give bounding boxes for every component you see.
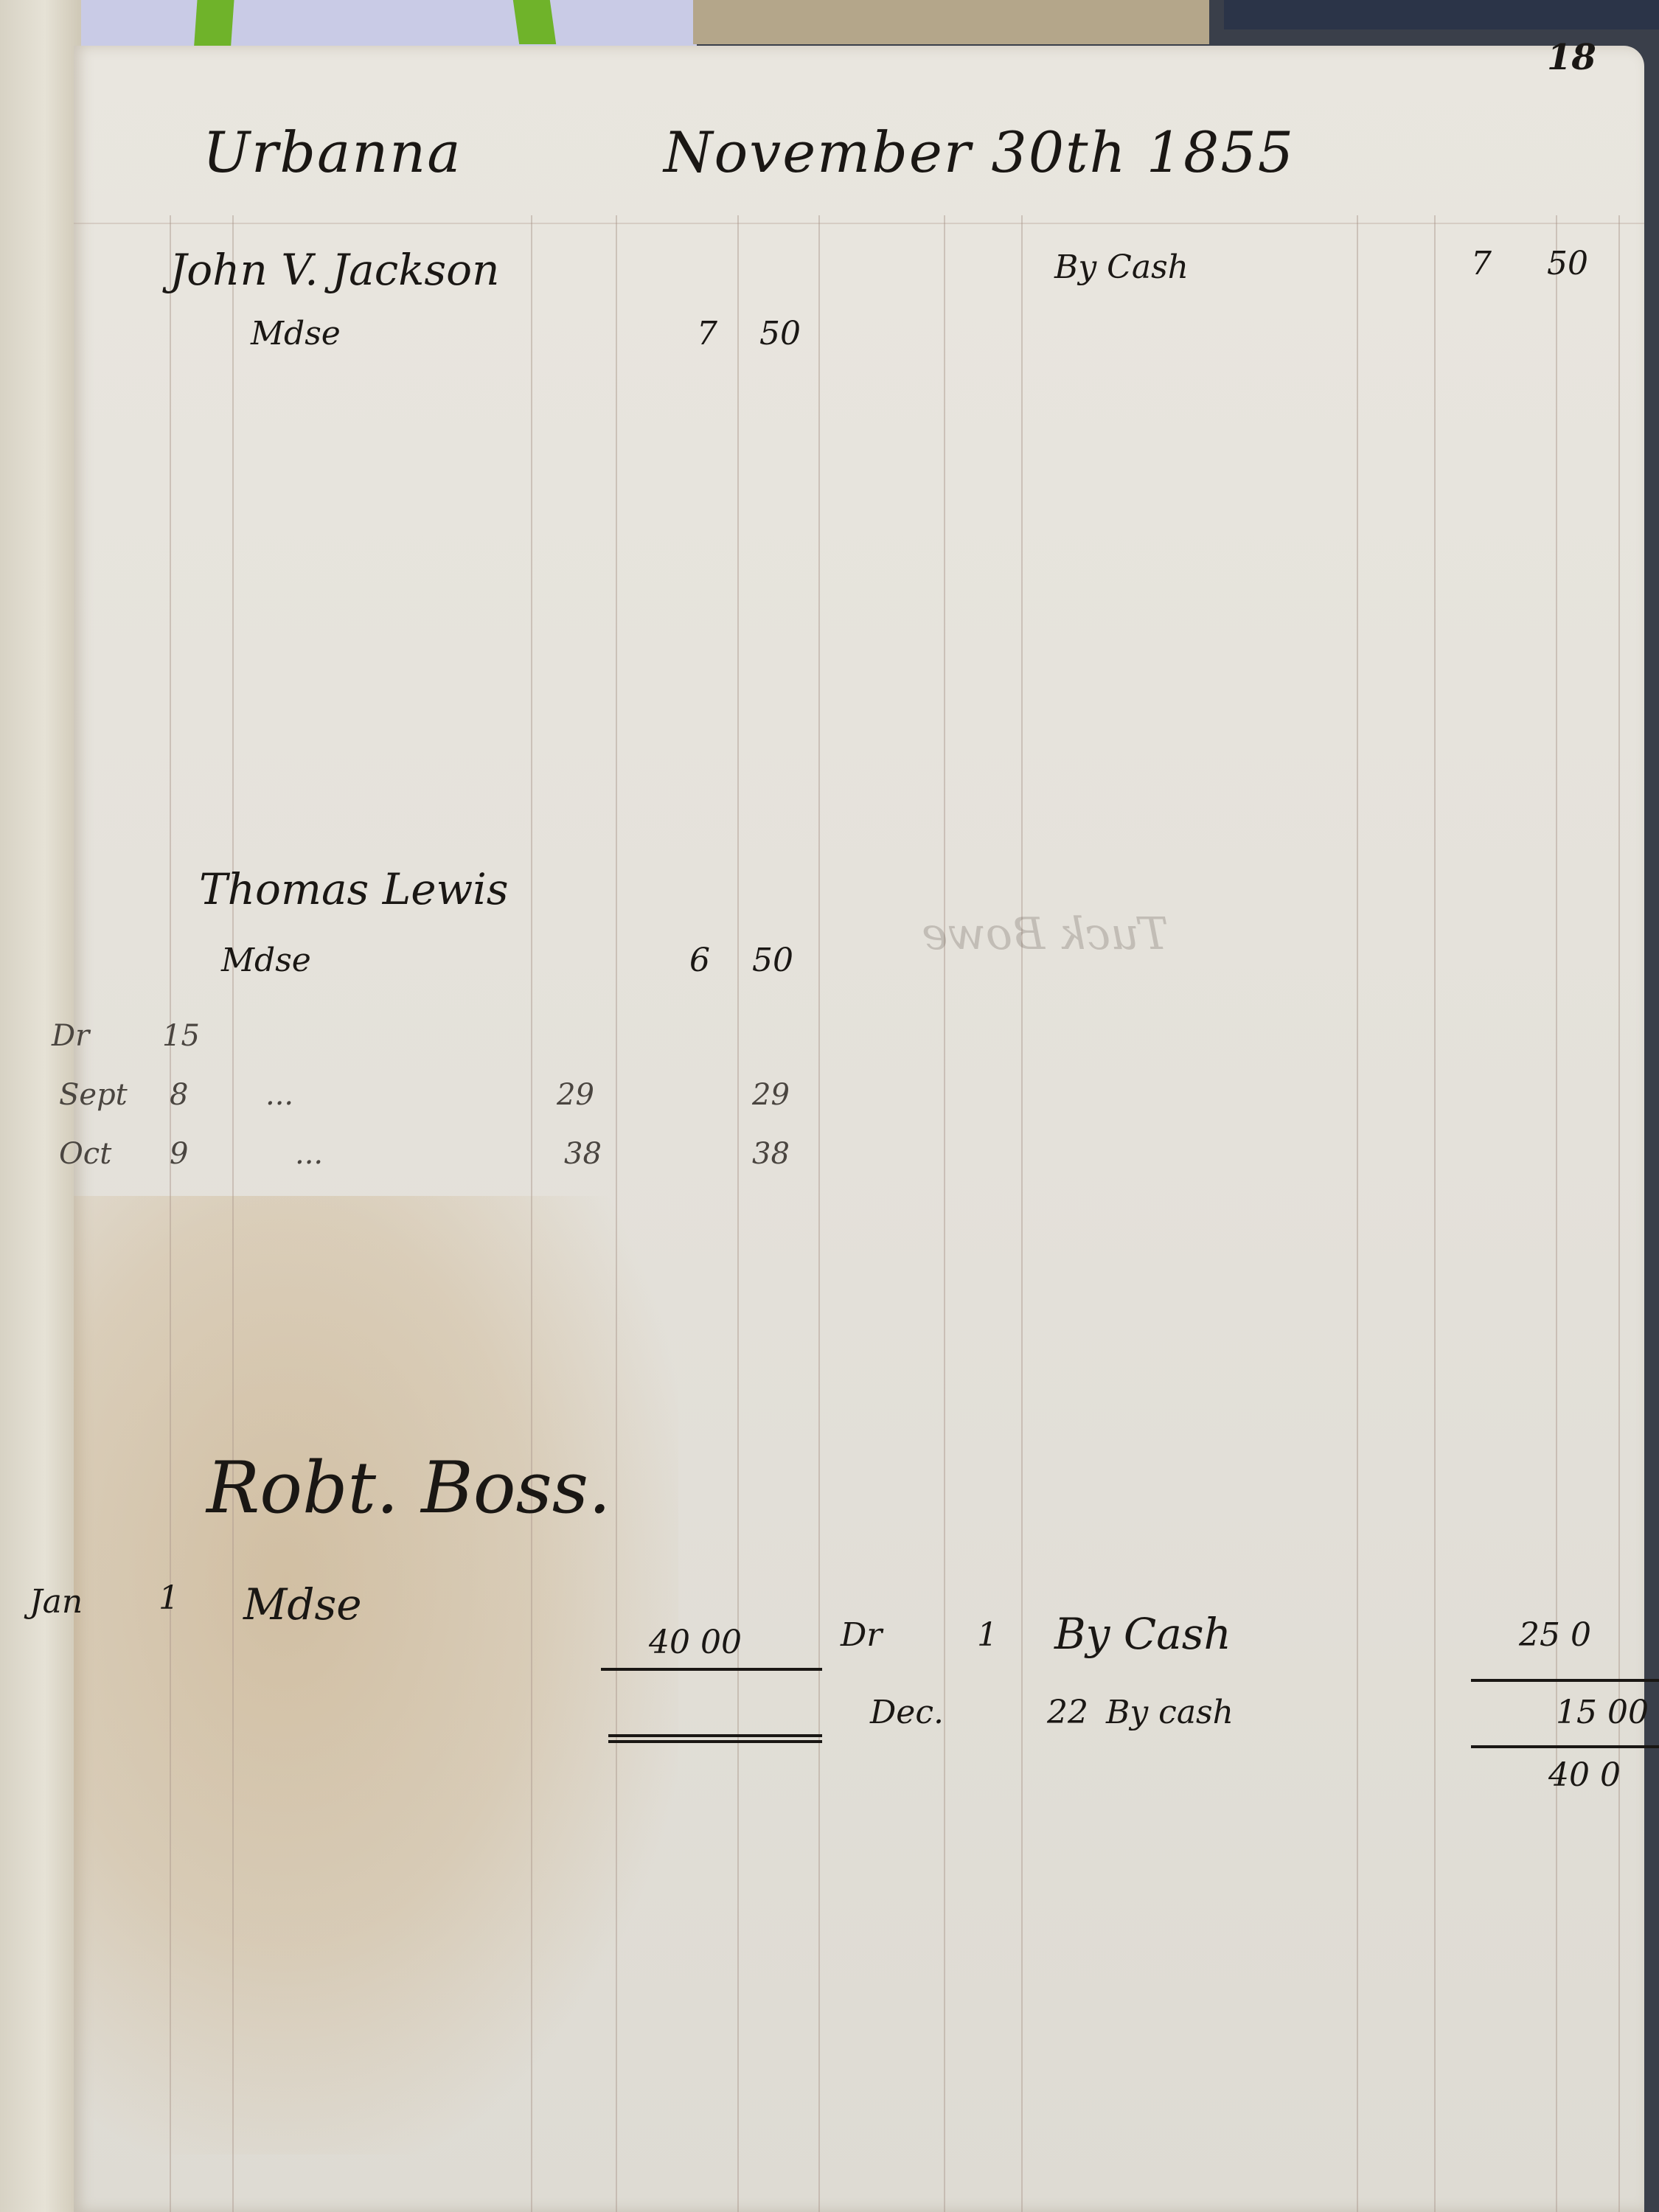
heading-date: November 30th 1855 <box>664 119 1295 185</box>
column-rule <box>531 215 532 2212</box>
credit-amount: 25 0 <box>1519 1616 1591 1654</box>
background-dark-surface <box>1224 0 1659 29</box>
account-name: Robt. Boss. <box>206 1447 611 1529</box>
debit-description: Mdse <box>243 1579 362 1630</box>
credit-cents: 50 <box>1547 245 1588 282</box>
double-rule <box>608 1740 822 1743</box>
margin-amount-1: 29 <box>557 1078 594 1112</box>
credit-amount: 15 00 <box>1556 1694 1649 1731</box>
debit-month: Jan <box>29 1583 83 1621</box>
ditto-marks: ... <box>295 1137 323 1171</box>
column-rule <box>1618 215 1620 2212</box>
ditto-marks: ... <box>265 1078 293 1112</box>
debit-day: 1 <box>159 1579 179 1617</box>
debit-description: Mdse <box>251 315 341 352</box>
header-rule <box>74 223 1644 224</box>
debit-suffix: Dr <box>841 1616 882 1654</box>
column-rule <box>818 215 820 2212</box>
account-total: 40 0 <box>1548 1756 1621 1794</box>
margin-amount-2: 38 <box>752 1137 790 1171</box>
margin-month: Sept <box>59 1078 128 1112</box>
account-name: Thomas Lewis <box>199 864 509 914</box>
background-envelope <box>693 0 1209 44</box>
credit-month: Dec. <box>870 1694 944 1731</box>
credit-description: By Cash <box>1054 1609 1231 1659</box>
credit-day: 1 <box>977 1616 998 1654</box>
column-rule <box>616 215 617 2212</box>
bleed-through-text: Tuck Bowe <box>922 908 1169 960</box>
debit-dollars: 7 <box>697 315 717 352</box>
debit-cents: 50 <box>752 942 793 979</box>
margin-day: 15 <box>162 1019 200 1053</box>
credit-description: By Cash <box>1054 248 1189 286</box>
column-rule <box>1357 215 1358 2212</box>
margin-amount-1: 38 <box>564 1137 602 1171</box>
credit-dollars: 7 <box>1471 245 1492 282</box>
debit-description: Mdse <box>221 942 311 979</box>
double-rule <box>608 1734 822 1737</box>
page-number: 18 <box>1547 37 1596 78</box>
column-rule <box>737 215 739 2212</box>
margin-month: Oct <box>59 1137 111 1171</box>
margin-day: 9 <box>170 1137 188 1171</box>
debit-dollars: 6 <box>689 942 710 979</box>
heading-place: Urbanna <box>203 119 462 185</box>
column-rule <box>944 215 945 2212</box>
margin-month: Dr <box>52 1019 89 1053</box>
margin-amount-2: 29 <box>752 1078 790 1112</box>
ledger-page: 18 Urbanna November 30th 1855 John V. Ja… <box>74 46 1644 2212</box>
debit-underline <box>601 1668 822 1671</box>
column-rule <box>232 215 234 2212</box>
column-rule <box>1021 215 1023 2212</box>
credit-underline <box>1471 1745 1659 1748</box>
debit-amount: 40 00 <box>649 1624 742 1661</box>
background-green-strip <box>513 0 556 44</box>
credit-description: By cash <box>1106 1694 1234 1731</box>
column-rule <box>1434 215 1436 2212</box>
margin-day: 8 <box>170 1078 188 1112</box>
account-name: John V. Jackson <box>170 245 499 295</box>
credit-underline <box>1471 1679 1659 1682</box>
debit-cents: 50 <box>759 315 801 352</box>
water-stain <box>74 1196 678 2154</box>
column-rule <box>1556 215 1557 2212</box>
column-rule <box>170 215 171 2212</box>
credit-day: 22 <box>1047 1694 1088 1731</box>
